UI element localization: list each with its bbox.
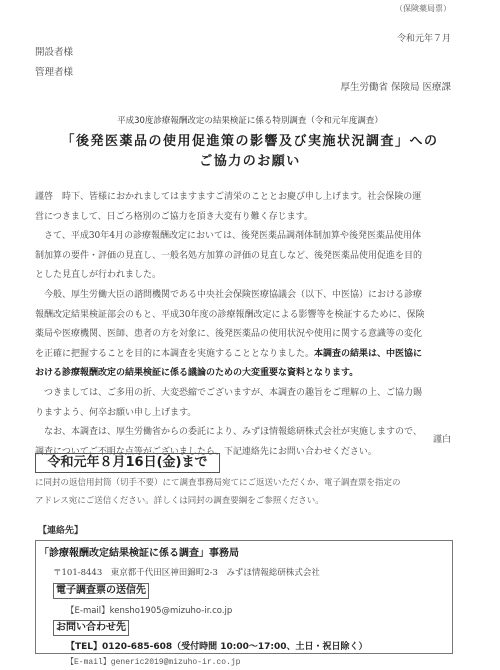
inquiry-phone[interactable]: 【TEL】0120-685-608（受付時間 10:00～17:00、土日・祝日…	[66, 639, 368, 652]
deadline-box: 令和元年８月16日(金)まで	[35, 453, 220, 473]
body-line: さて、平成30年4月の診療報酬改定においては、後発医薬品調剤体制加算や後発医薬品…	[35, 227, 465, 247]
inquiry-email[interactable]: 【E-mail】generic2019@mizuho-ir.co.jp	[66, 656, 240, 667]
addressee-owner: 開設者様	[35, 44, 73, 58]
body-line: 今般、厚生労働大臣の諮問機関である中央社会保険医療協議会（以下、中医協）における…	[35, 286, 465, 306]
letter-body: 謹啓 時下、皆様におかれましてはますますご清栄のこととお慶び申し上げます。社会保…	[35, 188, 465, 462]
body-line: 営につきまして、日ごろ格別のご協力を頂き大変有り難く存じます。	[35, 208, 465, 228]
office-address: 〒101-8443 東京都千代田区神田錦町2-3 みずほ情報総研株式会社	[53, 566, 320, 578]
body-line-text: を正確に把握することを目的に本調査を実施することとなりました。	[35, 349, 314, 359]
document-subtitle: 平成30度診療報酬改定の結果検証に係る特別調査（令和元年度調査）	[0, 114, 500, 126]
sender: 厚生労働省 保険局 医療課	[340, 79, 451, 93]
document-title-line2: ご協力のお願い	[0, 150, 500, 169]
body-line: 制加算の要件・評価の見直し、一般名処方加算の評価の見直しなど、後発医薬品使用促進…	[35, 247, 465, 267]
body-line: りますよう、何卒お願い申し上げます。	[35, 404, 465, 424]
addressee-manager: 管理者様	[35, 64, 73, 78]
document-title-line1: 「後発医薬品の使用促進策の影響及び実施状況調査」への	[0, 130, 500, 149]
body-line: 報酬改定結果検証部会のもと、平成30年度の診療報酬改定による影響等を検証するため…	[35, 306, 465, 326]
contact-box: 「診療報酬改定結果検証に係る調査」事務局 〒101-8443 東京都千代田区神田…	[35, 540, 453, 654]
contact-heading: 【連絡先】	[38, 523, 83, 536]
office-name: 「診療報酬改定結果検証に係る調査」事務局	[39, 544, 239, 559]
body-line: 謹啓 時下、皆様におかれましてはますますご清栄のこととお慶び申し上げます。社会保…	[35, 188, 465, 208]
important-note-continued: おける診療報酬改定の結果検証に係る議論のための大変重要な資料となります。	[35, 364, 465, 384]
important-note: 本調査の結果は、中医協に	[314, 349, 422, 359]
body-line: つきましては、ご多用の折、大変恐縮でございますが、本調査の趣旨をご理解の上、ご協…	[35, 384, 465, 404]
email-submit-label: 電子調査票の送信先	[53, 583, 149, 599]
body-line: 薬局や医療機関、医師、患者の方を対象に、後発医薬品の使用状況や使用に関する意識等…	[35, 325, 465, 345]
closing-salutation: 謹白	[433, 432, 451, 445]
email-submit-address[interactable]: 【E-mail】kensho1905@mizuho-ir.co.jp	[66, 604, 232, 616]
form-type-tag: （保険薬局票）	[395, 3, 451, 14]
body-line: なお、本調査は、厚生労働省からの委託により、みずほ情報総研株式会社が実施しますの…	[35, 423, 465, 443]
body-line: を正確に把握することを目的に本調査を実施することとなりました。本調査の結果は、中…	[35, 345, 465, 365]
deadline-instructions-line1: に同封の返信用封筒（切手不要）にて調査事務局宛てにご返送いただくか、電子調査票を…	[35, 476, 401, 488]
issue-date: 令和元年７月	[397, 31, 451, 44]
deadline-instructions-line2: アドレス宛にご送信ください。詳しくは同封の調査要綱をご参照ください。	[35, 494, 324, 506]
body-line: とした見直しが行われました。	[35, 266, 465, 286]
inquiry-label: お問い合わせ先	[53, 620, 129, 636]
